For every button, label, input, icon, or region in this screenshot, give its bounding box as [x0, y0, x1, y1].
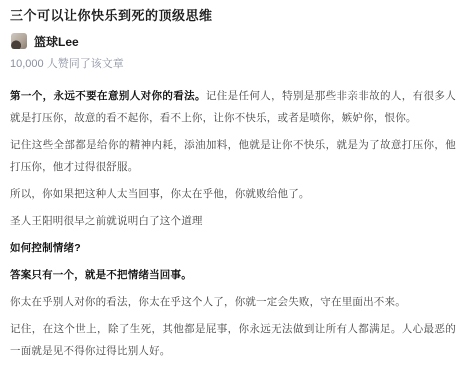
article-title: 三个可以让你快乐到死的顶级思维 [10, 8, 456, 24]
author-name[interactable]: 篮球Lee [34, 33, 79, 50]
article-paragraph: 圣人王阳明很早之前就说明白了这个道理 [10, 210, 456, 232]
article-paragraph: 记住，在这个世上，除了生死，其他都是屁事，你永远无法做到让所有人都满足。人心最恶… [10, 318, 456, 362]
article-paragraph: 你太在乎别人对你的看法，你太在乎这个人了，你就一定会失败，守在里面出不来。 [10, 291, 456, 313]
upvote-count-text: 10,000 人赞同了该文章 [10, 57, 456, 71]
article-paragraph: 记住这些全部都是给你的精神内耗，添油加料，他就是让你不快乐，就是为了故意打压你，… [10, 134, 456, 178]
article-page: 三个可以让你快乐到死的顶级思维 篮球Lee 10,000 人赞同了该文章 第一个… [0, 0, 465, 362]
author-row: 篮球Lee [11, 33, 456, 49]
article-body: 第一个，永远不要在意别人对你的看法。记住是任何人，特别是那些非亲非故的人，有很多… [10, 85, 456, 362]
paragraph-lead-bold: 第一个，永远不要在意别人对你的看法。 [10, 90, 206, 102]
author-avatar[interactable] [11, 33, 27, 49]
article-paragraph: 所以，你如果把这种人太当回事，你太在乎他，你就败给他了。 [10, 183, 456, 205]
article-paragraph: 第一个，永远不要在意别人对你的看法。记住是任何人，特别是那些非亲非故的人，有很多… [10, 85, 456, 129]
article-paragraph-bold: 答案只有一个，就是不把情绪当回事。 [10, 264, 456, 286]
article-subheading: 如何控制情绪? [10, 237, 456, 259]
